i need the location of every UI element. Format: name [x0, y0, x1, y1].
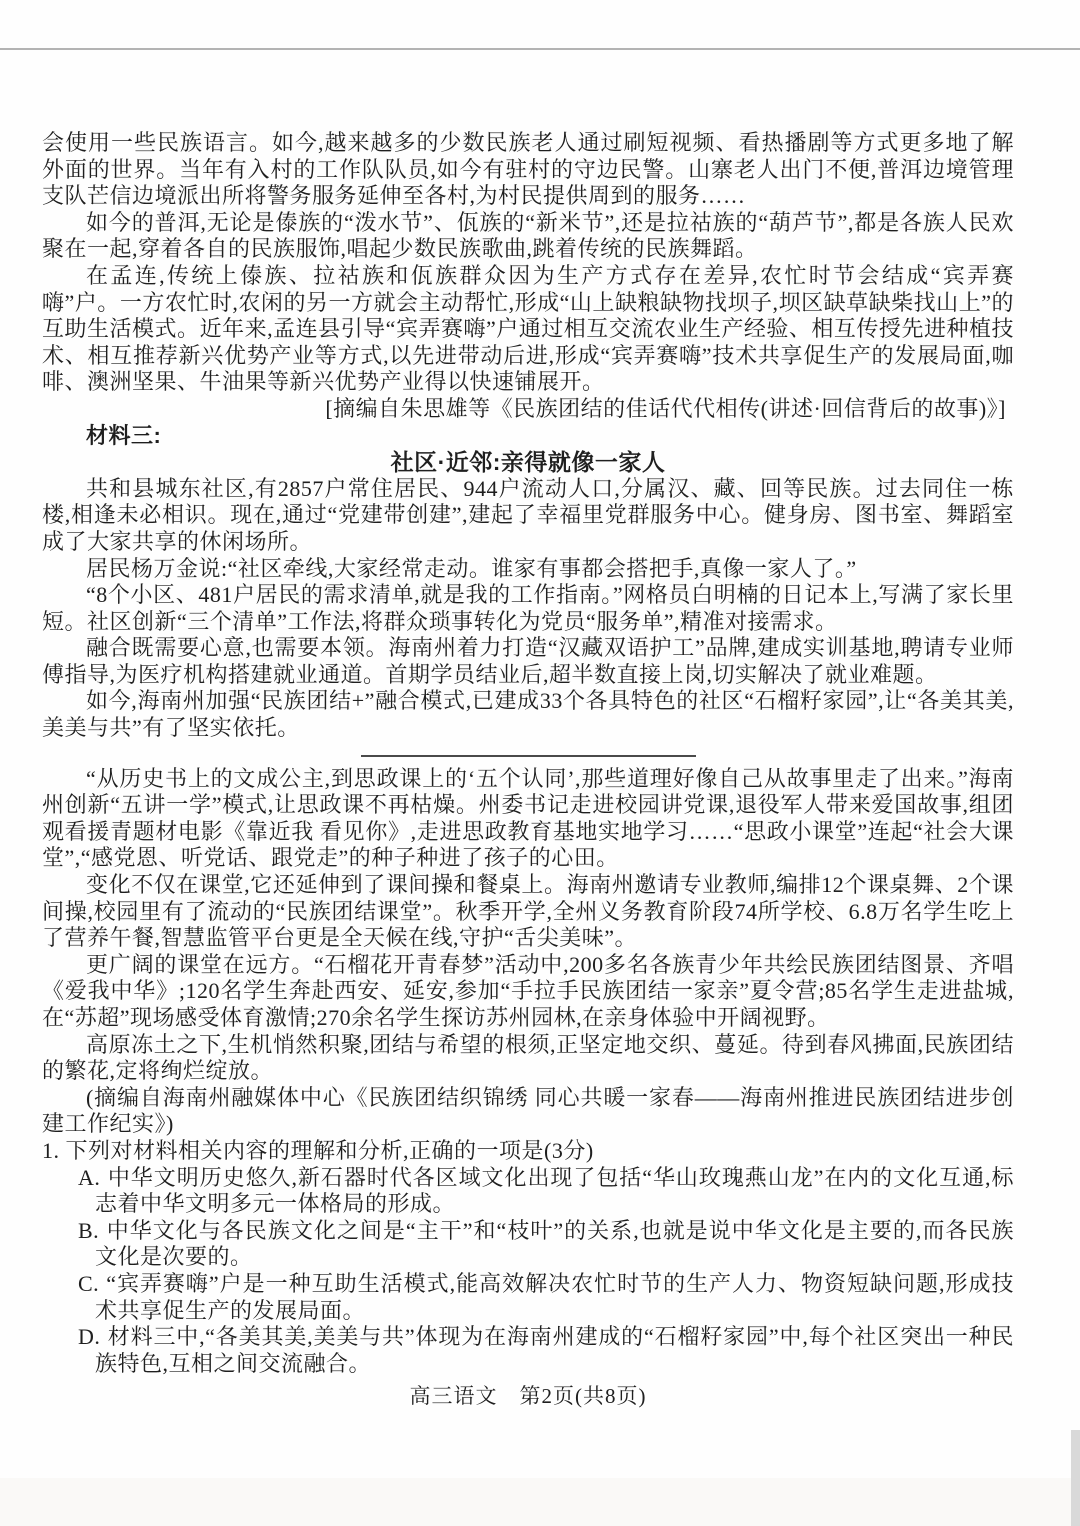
body-paragraph: 如今的普洱,无论是傣族的“泼水节”、佤族的“新米节”,还是拉祜族的“葫芦节”,都… — [42, 210, 1014, 263]
body-paragraph: 在孟连,传统上傣族、拉祜族和佤族群众因为生产方式存在差异,农忙时节会结成“宾弄赛… — [42, 263, 1014, 396]
question-stem: 1. 下列对材料相关内容的理解和分析,正确的一项是(3分) — [42, 1138, 1014, 1165]
option-label: C. — [78, 1271, 99, 1296]
body-paragraph: “8个小区、481户居民的需求清单,就是我的工作指南。”网格员白明楠的日记本上,… — [42, 582, 1014, 635]
option-label: D. — [78, 1324, 100, 1349]
material-three-label: 材料三: — [42, 423, 1014, 450]
page-footer: 高三语文 第2页(共8页) — [42, 1383, 1014, 1409]
body-paragraph: 会使用一些民族语言。如今,越来越多的少数民族老人通过刷短视频、看热播剧等方式更多… — [42, 130, 1014, 210]
option-text: 中华文化与各民族文化之间是“主干”和“枝叶”的关系,也就是说中华文化是主要的,而… — [95, 1218, 1014, 1270]
body-paragraph: 高原冻土之下,生机悄然积聚,团结与希望的根须,正坚定地交织、蔓延。待到春风拂面,… — [42, 1032, 1014, 1085]
exam-page-sheet: 会使用一些民族语言。如今,越来越多的少数民族老人通过刷短视频、看热播剧等方式更多… — [0, 0, 1080, 1526]
material-three-attribution: (摘编自海南州融媒体中心《民族团结织锦绣 同心共暖一家春——海南州推进民族团结进… — [42, 1085, 1014, 1138]
section-divider — [361, 755, 696, 757]
option-text: “宾弄赛嗨”户是一种互助生活模式,能高效解决农忙时节的生产人力、物资短缺问题,形… — [95, 1271, 1014, 1323]
scan-shade — [0, 1478, 1080, 1526]
page-top-rule — [0, 48, 1080, 50]
option-b: B.中华文化与各民族文化之间是“主干”和“枝叶”的关系,也就是说中华文化是主要的… — [78, 1218, 1014, 1271]
body-paragraph: 共和县城东社区,有2857户常住居民、944户流动人口,分属汉、藏、回等民族。过… — [42, 476, 1014, 556]
scan-edge — [1071, 1430, 1080, 1526]
page-content: 会使用一些民族语言。如今,越来越多的少数民族老人通过刷短视频、看热播剧等方式更多… — [42, 130, 1014, 1409]
option-c: C.“宾弄赛嗨”户是一种互助生活模式,能高效解决农忙时节的生产人力、物资短缺问题… — [78, 1271, 1014, 1324]
material-three-title: 社区·近邻:亲得就像一家人 — [42, 449, 1014, 476]
question-1: 1. 下列对材料相关内容的理解和分析,正确的一项是(3分) A.中华文明历史悠久… — [42, 1138, 1014, 1377]
body-paragraph: 变化不仅在课堂,它还延伸到了课间操和餐桌上。海南州邀请专业教师,编排12个课桌舞… — [42, 872, 1014, 952]
body-paragraph: 融合既需要心意,也需要本领。海南州着力打造“汉藏双语护工”品牌,建成实训基地,聘… — [42, 635, 1014, 688]
body-paragraph: 居民杨万金说:“社区牵线,大家经常走动。谁家有事都会搭把手,真像一家人了。” — [42, 556, 1014, 583]
option-label: A. — [78, 1165, 100, 1190]
material-two-attribution: [摘编自朱思雄等《民族团结的佳话代代相传(讲述·回信背后的故事)》] — [42, 396, 1014, 423]
body-paragraph: 如今,海南州加强“民族团结+”融合模式,已建成33个各具特色的社区“石榴籽家园”… — [42, 688, 1014, 741]
option-d: D.材料三中,“各美其美,美美与共”体现为在海南州建成的“石榴籽家园”中,每个社… — [78, 1324, 1014, 1377]
option-text: 中华文明历史悠久,新石器时代各区域文化出现了包括“华山玫瑰燕山龙”在内的文化互通… — [95, 1165, 1014, 1217]
body-paragraph: 更广阔的课堂在远方。“石榴花开青春梦”活动中,200多名各族青少年共绘民族团结图… — [42, 952, 1014, 1032]
option-label: B. — [78, 1218, 99, 1243]
option-text: 材料三中,“各美其美,美美与共”体现为在海南州建成的“石榴籽家园”中,每个社区突… — [95, 1324, 1014, 1376]
body-paragraph: “从历史书上的文成公主,到思政课上的‘五个认同’,那些道理好像自己从故事里走了出… — [42, 766, 1014, 872]
option-a: A.中华文明历史悠久,新石器时代各区域文化出现了包括“华山玫瑰燕山龙”在内的文化… — [78, 1165, 1014, 1218]
